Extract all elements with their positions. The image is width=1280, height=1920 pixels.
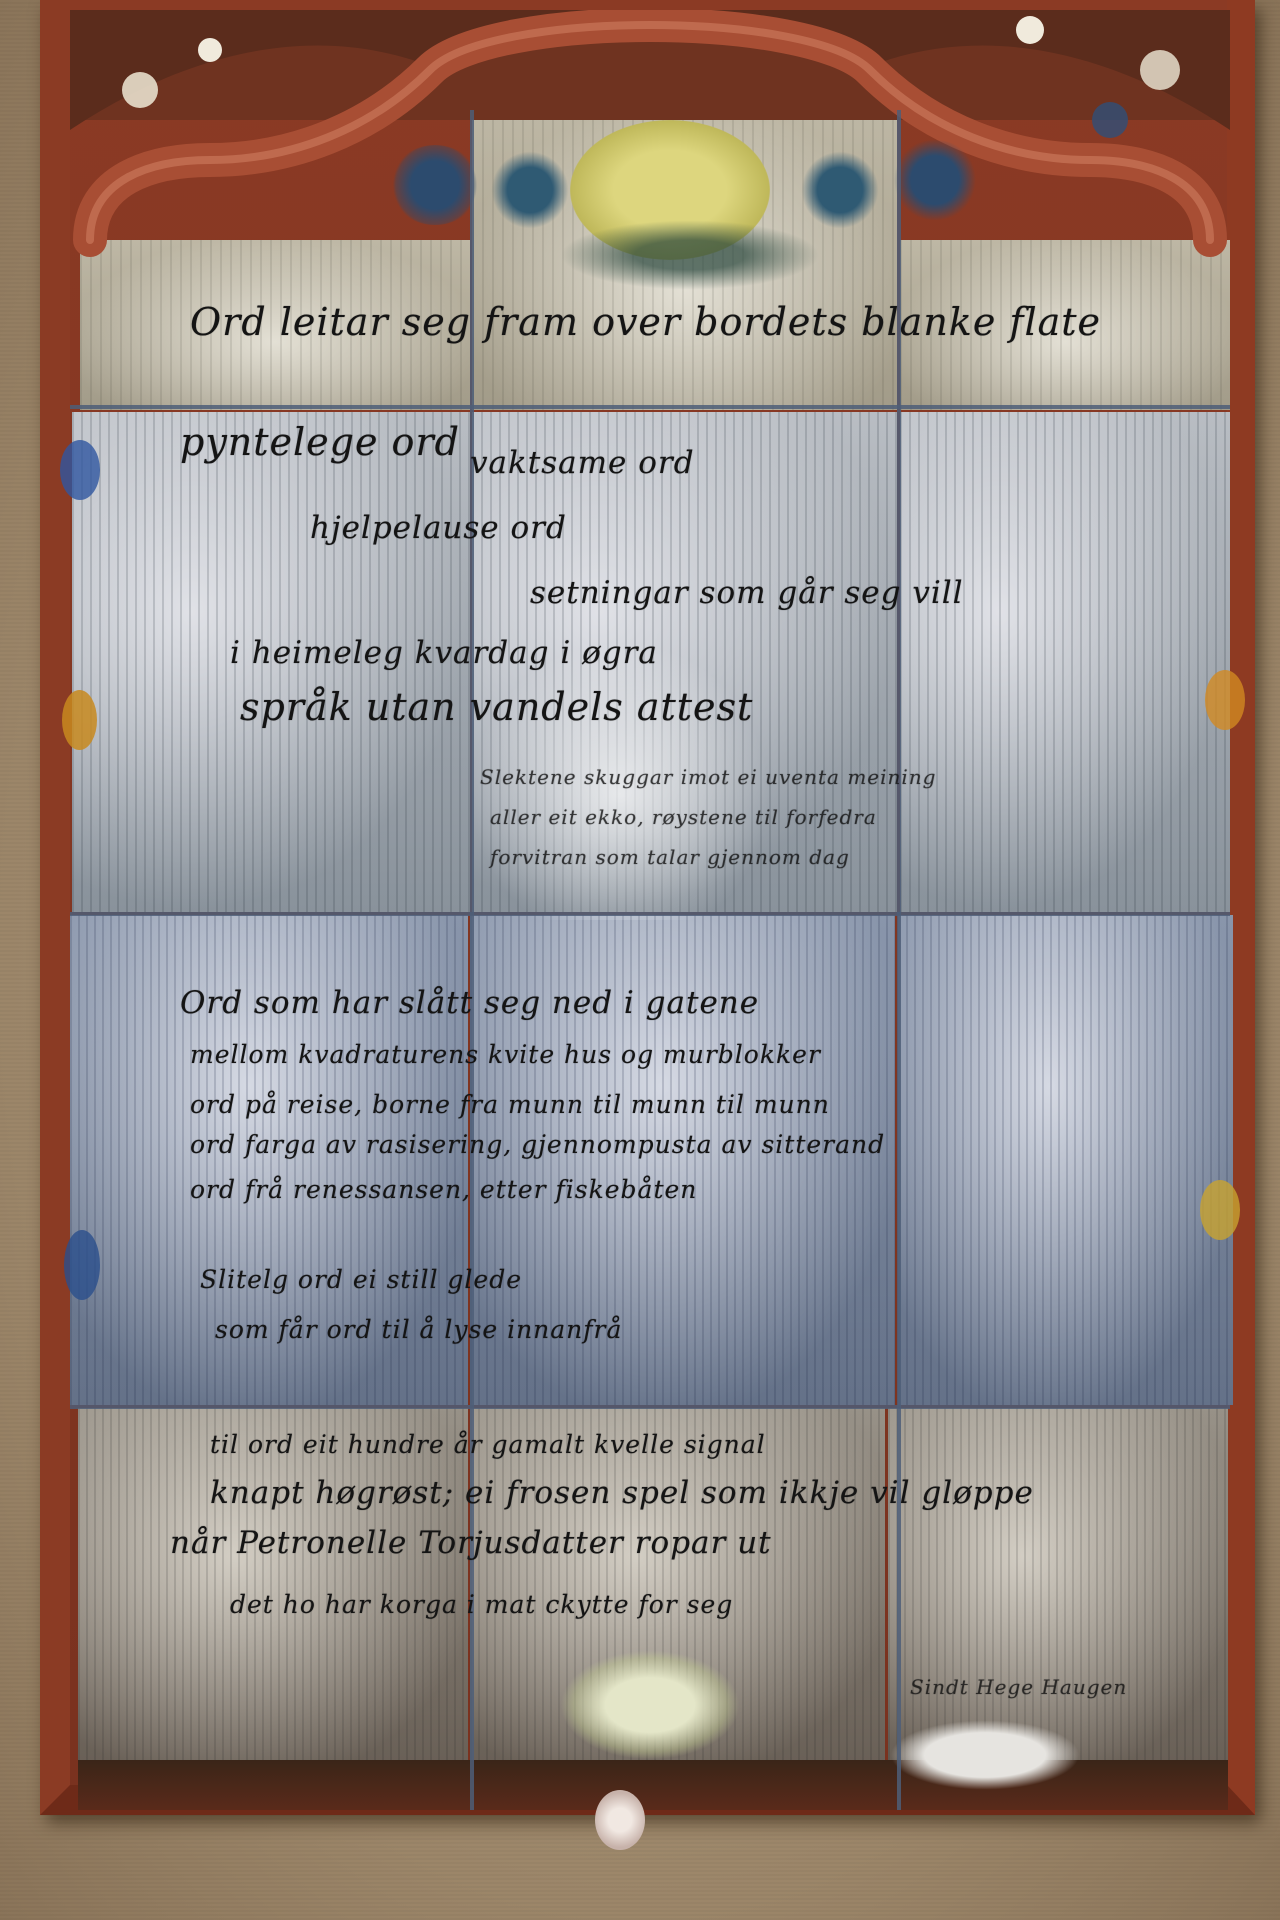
blue-rosette-icon xyxy=(800,150,880,230)
poem-line: aller eit ekko, røystene til forfedra xyxy=(490,805,877,829)
poem-line: i heimeleg kvardag i øgra xyxy=(230,635,658,671)
tile-r3-c3 xyxy=(898,915,1233,1405)
poem-line: pyntelege ord xyxy=(180,420,460,464)
grout-line xyxy=(70,405,1230,409)
poem-line: ord frå renessansen, etter fiskebåten xyxy=(190,1175,697,1204)
poem-line: vaktsame ord xyxy=(470,445,695,481)
grout-line xyxy=(70,912,1230,916)
poem-line: til ord eit hundre år gamalt kvelle sign… xyxy=(210,1430,766,1459)
poem-line: når Petronelle Torjusdatter ropar ut xyxy=(170,1525,772,1561)
white-rosette-icon xyxy=(595,1790,645,1850)
blue-rosette-icon xyxy=(890,140,980,220)
grout-line xyxy=(70,1405,1230,1409)
blue-leaf-icon xyxy=(60,440,100,500)
poem-line: ord på reise, borne fra munn til munn ti… xyxy=(190,1090,830,1119)
orange-leaf-icon xyxy=(62,690,97,750)
poem-line: knapt høgrøst; ei frosen spel som ikkje … xyxy=(210,1475,1034,1511)
blue-rosette-icon xyxy=(390,145,480,225)
poem-line: språk utan vandels attest xyxy=(240,685,753,729)
yellow-leaf-icon xyxy=(1200,1180,1240,1240)
grout-line xyxy=(897,110,901,1810)
poem-line: forvitran som talar gjennom dag xyxy=(490,845,850,869)
blue-leaf-icon xyxy=(64,1230,100,1300)
orange-leaf-icon xyxy=(1205,670,1245,730)
ceramic-tile-artwork: Ord leitar seg fram over bordets blanke … xyxy=(40,0,1255,1815)
poem-line: som får ord til å lyse innanfrå xyxy=(215,1315,622,1344)
poem-line: Slitelg ord ei still glede xyxy=(200,1265,522,1294)
poem-line: Slektene skuggar imot ei uventa meining xyxy=(480,765,936,789)
artist-signature: Sindt Hege Haugen xyxy=(910,1675,1127,1699)
poem-line: hjelpelause ord xyxy=(310,510,567,546)
white-cloud-shape xyxy=(890,1720,1080,1790)
poem-line: setningar som går seg vill xyxy=(530,575,964,611)
poem-line: Ord leitar seg fram over bordets blanke … xyxy=(190,300,1101,344)
poem-line: ord farga av rasisering, gjennompusta av… xyxy=(190,1130,885,1159)
poem-line: det ho har korga i mat ckytte for seg xyxy=(230,1590,733,1619)
poem-line: mellom kvadraturens kvite hus og murblok… xyxy=(190,1040,821,1069)
blue-rosette-icon xyxy=(490,150,570,230)
green-leaves-icon xyxy=(560,220,820,290)
pale-flower-icon xyxy=(560,1650,740,1760)
tile-r4-c3 xyxy=(888,1408,1228,1778)
tile-r2-c3 xyxy=(900,412,1230,912)
poem-line: Ord som har slått seg ned i gatene xyxy=(180,985,759,1021)
